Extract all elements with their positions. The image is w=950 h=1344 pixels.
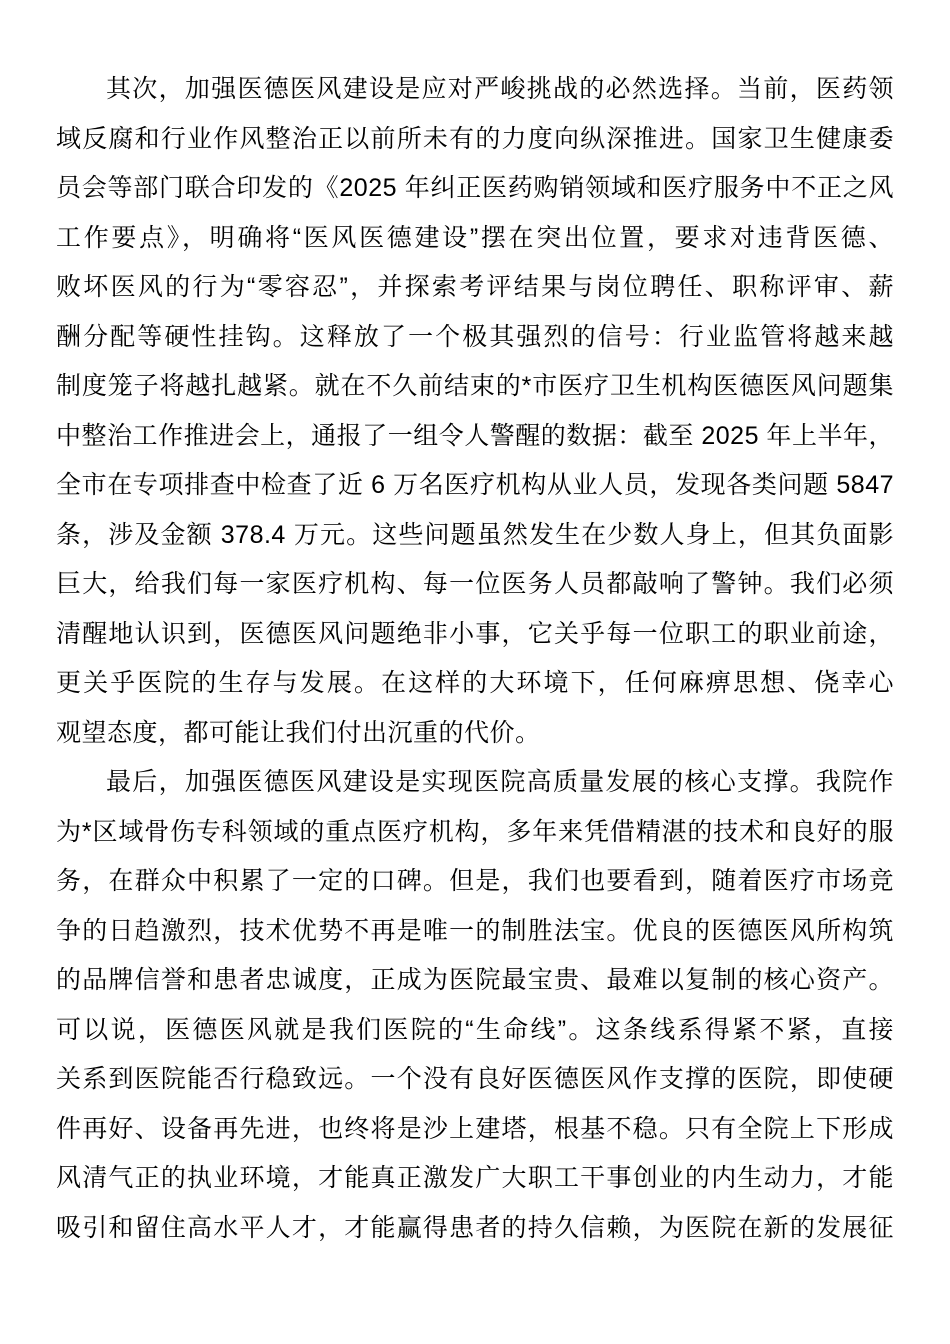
text-line: 最后，加强医德医风建设是实现医院高质量发展的核心支撑。我院作: [56, 758, 894, 808]
text-line: 关系到医院能否行稳致远。一个没有良好医德医风作支撑的医院，即使硬: [56, 1055, 894, 1105]
text-line: 条，涉及金额 378.4 万元。这些问题虽然发生在少数人身上，但其负面影响: [56, 511, 894, 561]
paragraph: 最后，加强医德医风建设是实现医院高质量发展的核心支撑。我院作为*区域骨伤专科领域…: [56, 758, 894, 1253]
text-line: 更关乎医院的生存与发展。在这样的大环境下，任何麻痹思想、侥幸心理、: [56, 659, 894, 709]
text-line: 域反腐和行业作风整治正以前所未有的力度向纵深推进。国家卫生健康委: [56, 115, 894, 165]
text-line: 员会等部门联合印发的《2025 年纠正医药购销领域和医疗服务中不正之风: [56, 164, 894, 214]
text-line: 争的日趋激烈，技术优势不再是唯一的制胜法宝。优良的医德医风所构筑: [56, 907, 894, 957]
text-line: 巨大，给我们每一家医疗机构、每一位医务人员都敲响了警钟。我们必须: [56, 560, 894, 610]
text-line: 工作要点》，明确将“医风医德建设”摆在突出位置，要求对违背医德、: [56, 214, 894, 264]
text-line: 酬分配等硬性挂钩。这释放了一个极其强烈的信号：行业监管将越来越严，: [56, 313, 894, 363]
text-line: 制度笼子将越扎越紧。就在不久前结束的*市医疗卫生机构医德医风问题集: [56, 362, 894, 412]
text-line: 风清气正的执业环境，才能真正激发广大职工干事创业的内生动力，才能: [56, 1154, 894, 1204]
text-line: 败坏医风的行为“零容忍”，并探索考评结果与岗位聘任、职称评审、薪: [56, 263, 894, 313]
text-line: 中整治工作推进会上，通报了一组令人警醒的数据：截至 2025 年上半年，: [56, 412, 894, 462]
text-line: 其次，加强医德医风建设是应对严峻挑战的必然选择。当前，医药领: [56, 65, 894, 115]
text-line: 的品牌信誉和患者忠诚度，正成为医院最宝贵、最难以复制的核心资产。: [56, 956, 894, 1006]
text-line: 清醒地认识到，医德医风问题绝非小事，它关乎每一位职工的职业前途，: [56, 610, 894, 660]
text-line: 观望态度，都可能让我们付出沉重的代价。: [56, 709, 894, 759]
document-page: 其次，加强医德医风建设是应对严峻挑战的必然选择。当前，医药领域反腐和行业作风整治…: [0, 0, 950, 1344]
text-line: 务，在群众中积累了一定的口碑。但是，我们也要看到，随着医疗市场竞: [56, 857, 894, 907]
text-line: 件再好、设备再先进，也终将是沙上建塔，根基不稳。只有全院上下形成: [56, 1105, 894, 1155]
text-line: 全市在专项排查中检查了近 6 万名医疗机构从业人员，发现各类问题 5847: [56, 461, 894, 511]
text-line: 吸引和留住高水平人才，才能赢得患者的持久信赖，为医院在新的发展征: [56, 1204, 894, 1254]
text-line: 为*区域骨伤专科领域的重点医疗机构，多年来凭借精湛的技术和良好的服: [56, 808, 894, 858]
paragraph: 其次，加强医德医风建设是应对严峻挑战的必然选择。当前，医药领域反腐和行业作风整治…: [56, 65, 894, 758]
text-line: 可以说，医德医风就是我们医院的“生命线”。这条线系得紧不紧，直接: [56, 1006, 894, 1056]
text-area: 其次，加强医德医风建设是应对严峻挑战的必然选择。当前，医药领域反腐和行业作风整治…: [0, 0, 950, 1253]
